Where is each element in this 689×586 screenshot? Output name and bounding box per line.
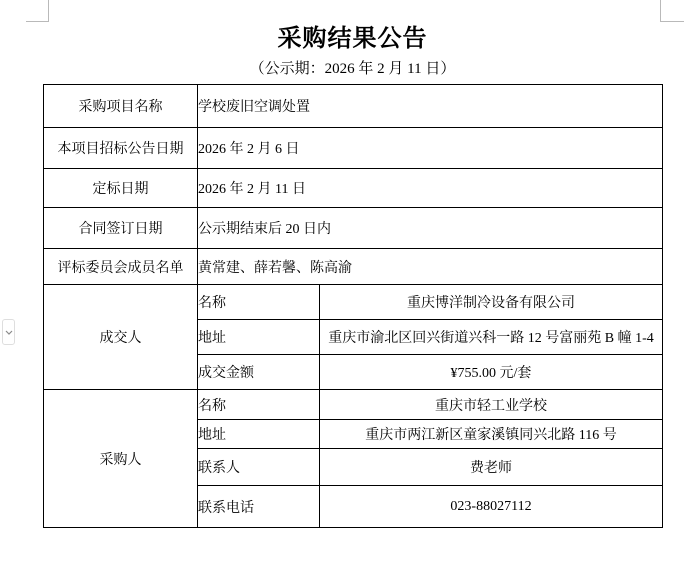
page-title: 采购结果公告 <box>43 23 662 53</box>
table-row: 合同签订日期 公示期结束后 20 日内 <box>44 208 663 249</box>
row-sublabel: 地址 <box>198 320 320 355</box>
table-row: 本项目招标公告日期 2026 年 2 月 6 日 <box>44 128 663 169</box>
row-sublabel: 名称 <box>198 285 320 320</box>
row-label: 评标委员会成员名单 <box>44 249 198 285</box>
page-margin-mark-top-right-vertical <box>660 0 661 22</box>
page-margin-mark-top-right-horizontal <box>661 21 684 22</box>
row-value: 费老师 <box>320 449 663 486</box>
page-margin-mark-top-left-vertical <box>48 0 49 22</box>
announcement-table: 采购项目名称 学校废旧空调处置 本项目招标公告日期 2026 年 2 月 6 日… <box>43 84 663 528</box>
row-sublabel: 成交金额 <box>198 355 320 390</box>
row-value: 黄常建、薛若馨、陈高渝 <box>198 249 663 285</box>
row-label: 本项目招标公告日期 <box>44 128 198 169</box>
table-row: 评标委员会成员名单 黄常建、薛若馨、陈高渝 <box>44 249 663 285</box>
row-sublabel: 地址 <box>198 420 320 449</box>
row-value: 重庆市渝北区回兴街道兴科一路 12 号富丽苑 B 幢 1-4 <box>320 320 663 355</box>
row-value: 学校废旧空调处置 <box>198 85 663 128</box>
row-value: 2026 年 2 月 6 日 <box>198 128 663 169</box>
row-value: 公示期结束后 20 日内 <box>198 208 663 249</box>
row-sublabel: 名称 <box>198 390 320 420</box>
winner-section-label: 成交人 <box>44 285 198 390</box>
table-row: 成交人 名称 重庆博洋制冷设备有限公司 <box>44 285 663 320</box>
row-sublabel: 联系电话 <box>198 486 320 528</box>
collapse-button[interactable] <box>2 319 15 345</box>
row-label: 合同签订日期 <box>44 208 198 249</box>
row-value: 2026 年 2 月 11 日 <box>198 169 663 208</box>
table-row: 定标日期 2026 年 2 月 11 日 <box>44 169 663 208</box>
page-subtitle: （公示期：2026 年 2 月 11 日） <box>43 60 662 78</box>
row-value: 重庆博洋制冷设备有限公司 <box>320 285 663 320</box>
row-value: 重庆市轻工业学校 <box>320 390 663 420</box>
row-label: 定标日期 <box>44 169 198 208</box>
row-value: 023-88027112 <box>320 486 663 528</box>
row-value: 重庆市两江新区童家溪镇同兴北路 116 号 <box>320 420 663 449</box>
document-header: 采购结果公告 （公示期：2026 年 2 月 11 日） <box>43 23 662 78</box>
row-label: 采购项目名称 <box>44 85 198 128</box>
table-row: 采购人 名称 重庆市轻工业学校 <box>44 390 663 420</box>
document-page: 采购结果公告 （公示期：2026 年 2 月 11 日） 采购项目名称 学校废旧… <box>0 0 689 586</box>
table-row: 采购项目名称 学校废旧空调处置 <box>44 85 663 128</box>
page-margin-mark-top-left-horizontal <box>26 21 49 22</box>
chevron-down-icon <box>5 330 13 335</box>
buyer-section-label: 采购人 <box>44 390 198 528</box>
row-value: ¥755.00 元/套 <box>320 355 663 390</box>
row-sublabel: 联系人 <box>198 449 320 486</box>
